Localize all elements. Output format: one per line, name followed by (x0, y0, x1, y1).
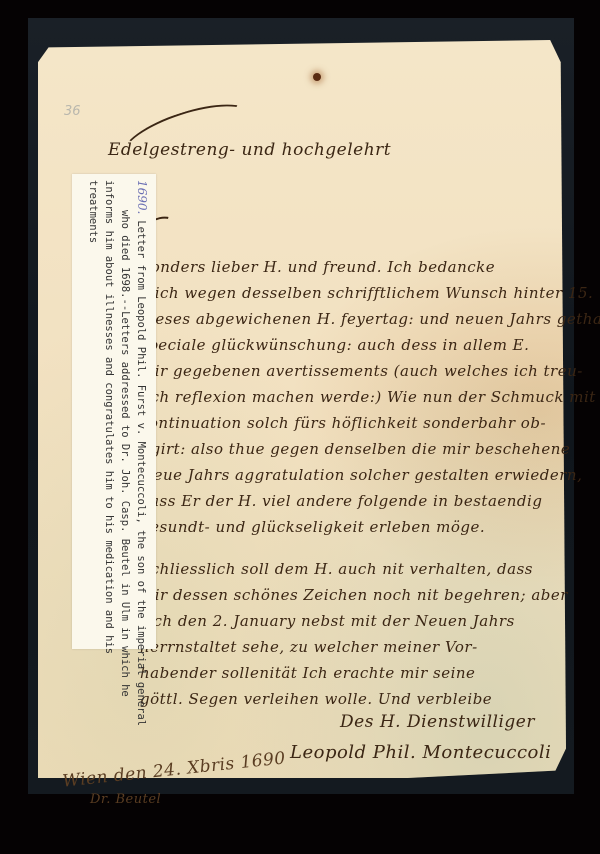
closing-phrase: Des H. Dienstwilliger (340, 712, 535, 732)
body-line: ligirt: also thue gegen denselben die mi… (140, 440, 570, 458)
archival-label: 1690.Letter from Leopold Phil. Furst v. … (72, 174, 156, 649)
paper-stain (313, 73, 321, 81)
body-line: lich reflexion machen werde:) Wie nun de… (140, 388, 596, 406)
body-line: speciale glückwünschung: auch dess in al… (140, 336, 529, 354)
addressee-note: Dr. Beutel (90, 792, 161, 807)
body-line: dass Er der H. viel andere folgende in b… (140, 492, 542, 510)
body-line: göttl. Segen verleihen wolle. Und verble… (140, 690, 492, 708)
body-line: Schliesslich soll dem H. auch nit verhal… (140, 560, 533, 578)
archival-label-text: 1690.Letter from Leopold Phil. Furst v. … (70, 174, 154, 649)
label-line: treatments (85, 180, 101, 643)
body-line: continuation solch fürs höflichkeit sond… (140, 414, 546, 432)
label-pencil-reference: 1690. (135, 180, 149, 214)
body-line: mir gegebenen avertissements (auch welch… (140, 362, 583, 380)
label-line: who died 1698.--Letters addressed to Dr.… (117, 180, 133, 643)
body-line: habender sollenität Ich erachte mir sein… (140, 664, 475, 682)
body-line: mir dessen schönes Zeichen noch nit bege… (140, 586, 568, 604)
label-line: 1690.Letter from Leopold Phil. Furst v. … (133, 180, 150, 643)
body-line: Sonders lieber H. und freund. Ich bedanc… (140, 258, 495, 276)
body-line: gesundt- und glückseligkeit erleben möge… (140, 518, 485, 536)
body-line: Neue Jahrs aggratulation solcher gestalt… (140, 466, 582, 484)
body-line: sich den 2. January nebst mit der Neuen … (140, 612, 515, 630)
pencil-page-number: 36 (64, 104, 81, 119)
label-line: informs him about illnesses and congratu… (101, 180, 117, 643)
body-line: herrnstaltet sehe, zu welcher meiner Vor… (140, 638, 478, 656)
body-line: mich wegen desselben schrifftlichem Wuns… (140, 284, 593, 302)
salutation: Edelgestreng- und hochgelehrt (108, 140, 391, 160)
body-line: dieses abgewichenen H. feyertag: und neu… (140, 310, 600, 328)
signature: Leopold Phil. Montecuccoli (290, 742, 551, 763)
